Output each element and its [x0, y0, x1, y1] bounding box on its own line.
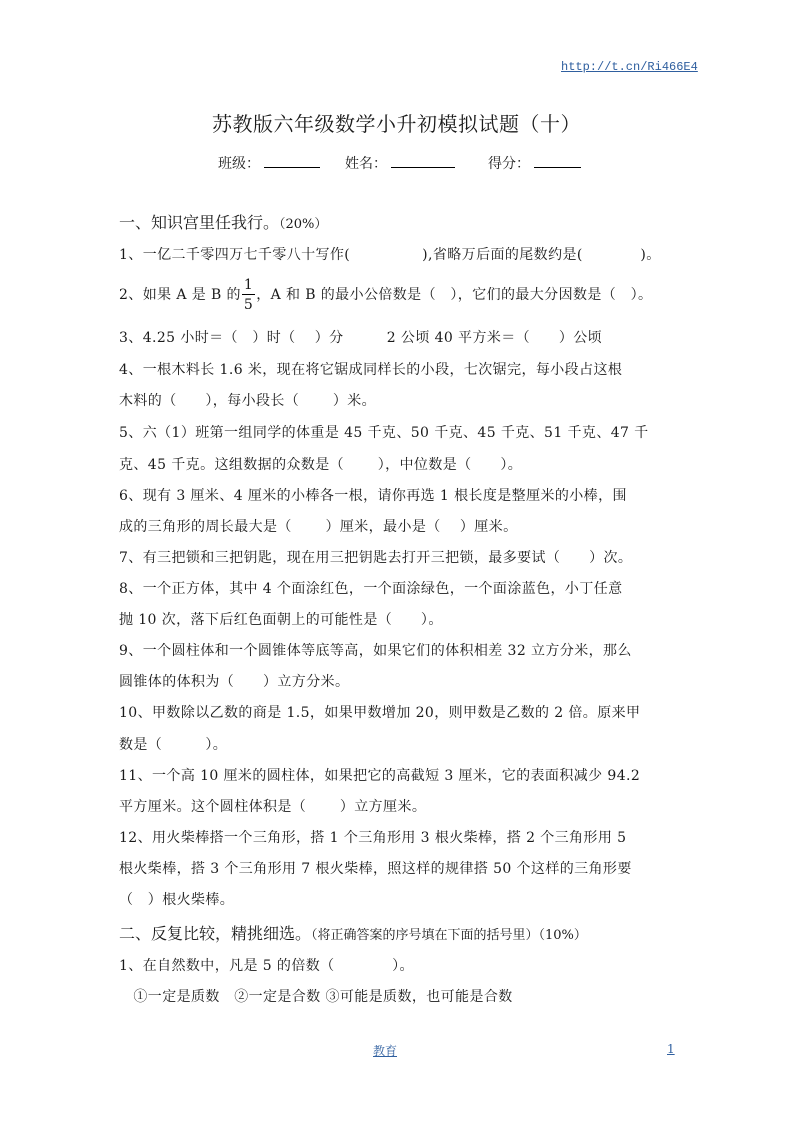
- question-line: 1、一亿二千零四万七千零八十写作( ),省略万后面的尾数约是( )。: [119, 244, 661, 264]
- name-field: 姓名：: [345, 153, 455, 173]
- question-line: 4、一根木料长 1.6 米，现在将它锯成同样长的小段，七次锯完，每小段占这根: [119, 359, 622, 379]
- name-blank[interactable]: [391, 153, 455, 168]
- choice-options: ①一定是质数 ②一定是合数 ③可能是质数，也可能是合数: [119, 986, 513, 1006]
- section-2-note: （将正确答案的序号填在下面的括号里）（10%）: [311, 928, 587, 943]
- question-line: 数是（ ）。: [119, 734, 227, 754]
- question-line: 6、现有 3 厘米、4 厘米的小棒各一根，请你再选 1 根长度是整厘米的小棒，围: [119, 485, 627, 505]
- section-1-title: 一、知识宫里任我行。: [119, 213, 279, 232]
- question-line: 平方厘米。这个圆柱体积是（ ）立方厘米。: [119, 796, 426, 816]
- question-line: 木料的（ ），每小段长（ ）米。: [119, 390, 376, 410]
- question-line: （ ）根火柴棒。: [119, 889, 234, 909]
- class-label: 班级：: [218, 156, 260, 172]
- section-2-heading: 二、反复比较，精挑细选。（将正确答案的序号填在下面的括号里）（10%）: [119, 921, 587, 944]
- question-line: 圆锥体的体积为（ ）立方分米。: [119, 671, 349, 691]
- section-1-heading: 一、知识宫里任我行。（20%）: [119, 210, 327, 233]
- question-line: 克、45 千克。这组数据的众数是（ ），中位数是（ ）。: [119, 454, 522, 474]
- score-field: 得分：: [488, 153, 581, 173]
- score-label: 得分：: [488, 156, 530, 172]
- question-line: 根火柴棒，搭 3 个三角形用 7 根火柴棒，照这样的规律搭 50 个这样的三角形…: [119, 858, 632, 878]
- fraction-one-fifth: 15: [242, 278, 255, 312]
- question-line: 7、有三把锁和三把钥匙，现在用三把钥匙去打开三把锁，最多要试（ ）次。: [119, 547, 632, 567]
- question-line: 11、一个高 10 厘米的圆柱体，如果把它的高截短 3 厘米，它的表面积减少 9…: [119, 765, 640, 785]
- question-line: 5、六（1）班第一组同学的体重是 45 千克、50 千克、45 千克、51 千克…: [119, 422, 649, 442]
- header-url-link[interactable]: http://t.cn/Ri466E4: [561, 60, 698, 74]
- question-line: 8、一个正方体，其中 4 个面涂红色，一个面涂绿色，一个面涂蓝色，小丁任意: [119, 578, 623, 598]
- name-label: 姓名：: [345, 156, 387, 172]
- section-1-weight: （20%）: [279, 217, 327, 232]
- question-line: 12、用火柴棒搭一个三角形，搭 1 个三角形用 3 根火柴棒，搭 2 个三角形用…: [119, 827, 626, 847]
- page-title: 苏教版六年级数学小升初模拟试题（十）: [0, 108, 793, 137]
- question-2: 2、如果 A 是 B 的15，A 和 B 的最小公倍数是（ ），它们的最大分因数…: [119, 278, 652, 312]
- question-line: 10、甲数除以乙数的商是 1.5，如果甲数增加 20，则甲数是乙数的 2 倍。原…: [119, 702, 640, 722]
- score-blank[interactable]: [534, 153, 581, 168]
- question-line: 1、在自然数中，凡是 5 的倍数（ ）。: [119, 955, 414, 975]
- fraction-numerator: 1: [242, 278, 255, 295]
- question-line: 抛 10 次，落下后红色面朝上的可能性是（ ）。: [119, 609, 443, 629]
- question-line: 3、4.25 小时＝（ ）时（ ）分 2 公顷 40 平方米＝（ ）公顷: [119, 327, 602, 347]
- class-blank[interactable]: [264, 153, 320, 168]
- question-line: 9、一个圆柱体和一个圆锥体等底等高，如果它们的体积相差 32 立方分米，那么: [119, 640, 632, 660]
- class-field: 班级：: [218, 153, 320, 173]
- fraction-denominator: 5: [242, 295, 255, 312]
- q2-text-after: ，A 和 B 的最小公倍数是（ ），它们的最大分因数是（ ）。: [256, 287, 652, 303]
- page-number[interactable]: 1: [667, 1042, 675, 1056]
- question-line: 成的三角形的周长最大是（ ）厘米，最小是（ ）厘米。: [119, 516, 518, 536]
- q2-text-before: 2、如果 A 是 B 的: [119, 287, 241, 303]
- section-2-title: 二、反复比较，精挑细选。: [119, 924, 311, 943]
- footer-link[interactable]: 教育: [373, 1042, 397, 1059]
